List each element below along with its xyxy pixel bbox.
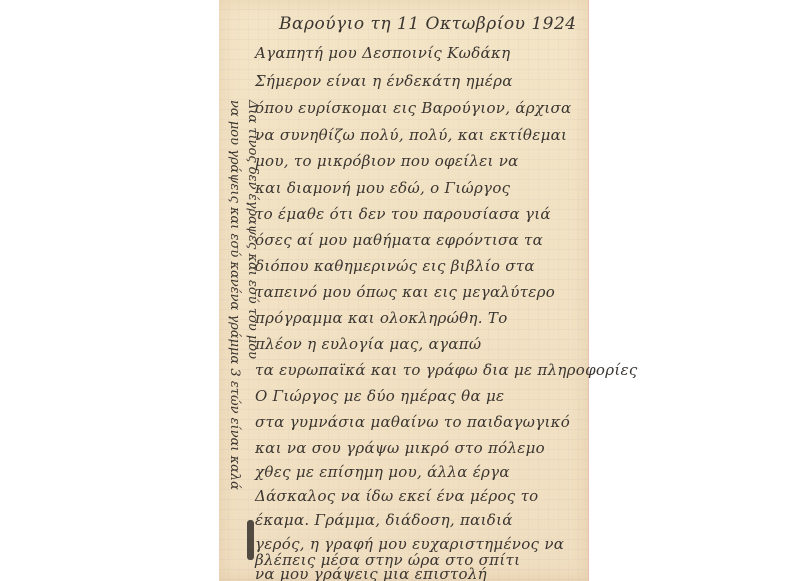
body-line: στα γυμνάσια μαθαίνω το παιδαγωγικό [255, 413, 570, 431]
body-line: Σήμερον είναι η ένδεκάτη ημέρα [255, 72, 513, 90]
body-line: όσες αί μου μαθήματα εφρόντισα τα [255, 231, 543, 249]
body-line: ταπεινό μου όπως και εις μεγαλύτερο [255, 283, 555, 301]
body-line: να μου γράψεις μια επιστολή [255, 565, 487, 581]
body-line: πλέον η ευλογία μας, αγαπώ [255, 335, 481, 353]
body-line: πρόγραμμα και ολοκληρώθη. Το [255, 309, 508, 327]
body-line: τα ευρωπαϊκά και το γράφω δια με πληροφο… [255, 361, 638, 379]
body-line: και να σου γράψω μικρό στο πόλεμο [255, 439, 545, 457]
ink-smudge [247, 520, 254, 560]
body-line: Δάσκαλος να ίδω εκεί ένα μέρος το [255, 487, 539, 505]
body-line: όπου ευρίσκομαι εις Βαρούγιον, άρχισα [255, 99, 571, 117]
body-line: χθες με επίσημη μου, άλλα έργα [255, 463, 510, 481]
margin-note: Δια τίνος δεν έγραψες και εσύ του μου να… [221, 100, 261, 581]
margin-note-line: Δια τίνος δεν έγραψες και εσύ του μου [243, 100, 261, 581]
body-line: να συνηθίζω πολύ, πολύ, και εκτίθεμαι [255, 126, 567, 144]
body-line: Αγαπητή μου Δεσποινίς Κωδάκη [255, 44, 510, 62]
letter-paper: Βαρούγιο τη 11 Οκτωβρίου 1924 Αγαπητή μο… [219, 0, 589, 581]
body-line: διόπου καθημερινώς εις βιβλίο στα [255, 257, 535, 275]
body-line: το έμαθε ότι δεν του παρουσίασα γιά [255, 205, 551, 223]
date-line: Βαρούγιο τη 11 Οκτωβρίου 1924 [279, 14, 577, 34]
margin-note-line: να μου γράψεις και εσύ κανένα γράμμα 3 ε… [225, 100, 243, 581]
body-line: και διαμονή μου εδώ, ο Γιώργος [255, 179, 510, 197]
body-line: έκαμα. Γράμμα, διάδοση, παιδιά [255, 511, 513, 529]
body-line: μου, το μικρόβιον που οφείλει να [255, 152, 519, 170]
body-line: Ο Γιώργος με δύο ημέρας θα με [255, 387, 504, 405]
